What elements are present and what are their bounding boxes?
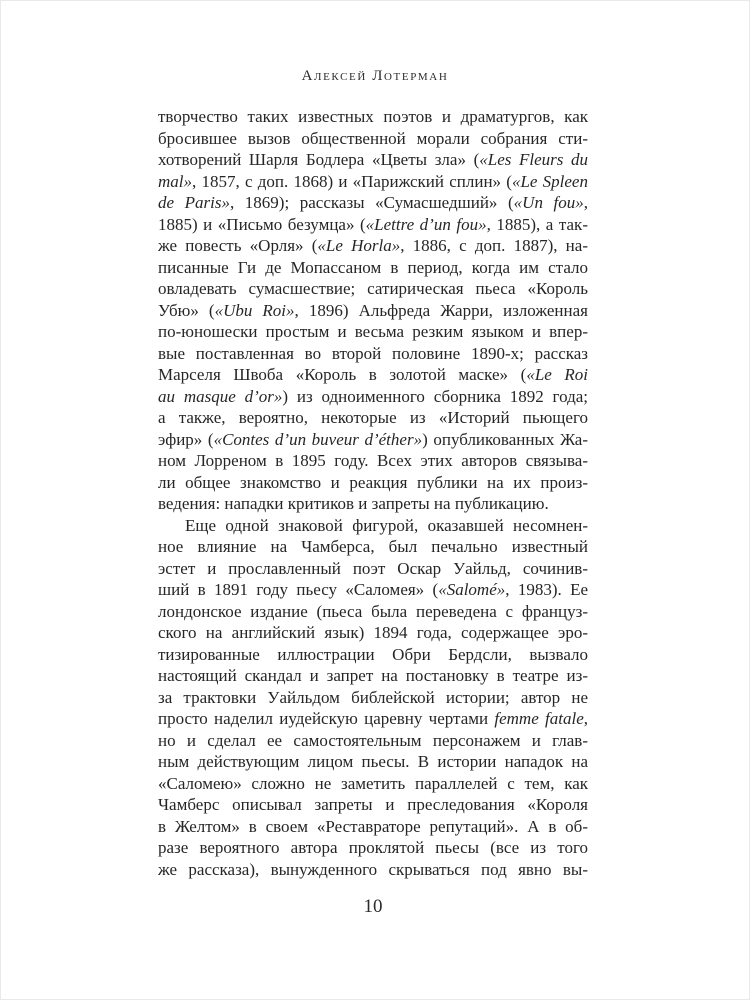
text-segment: , 1886, с доп. 1887), на- bbox=[400, 236, 588, 255]
text-line: «Саломею» сложно не заметить параллелей … bbox=[158, 773, 588, 795]
paragraph: творчество таких известных поэтов и драм… bbox=[158, 106, 588, 515]
italic-text-segment: «Contes d’un buveur d’éther» bbox=[214, 430, 423, 449]
text-line: в Желтом» в своем «Реставраторе репутаци… bbox=[158, 816, 588, 838]
text-segment: Чамберс описывал запреты и преследования… bbox=[158, 795, 588, 814]
text-line: хотворений Шарля Бодлера «Цветы зла» («L… bbox=[158, 149, 588, 171]
text-segment: просто наделил иудейскую царевну чертами bbox=[158, 709, 494, 728]
italic-text-segment: «Les Fleurs du bbox=[479, 150, 588, 169]
text-segment: , 1885), а так- bbox=[487, 215, 588, 234]
text-segment: ведения: нападки критиков и запреты на п… bbox=[158, 494, 549, 513]
text-segment: эстет и прославленный поэт Оскар Уайльд,… bbox=[158, 559, 588, 578]
text-segment: 1885) и «Письмо безумца» ( bbox=[158, 215, 366, 234]
text-segment: эфир» ( bbox=[158, 430, 214, 449]
italic-text-segment: au masque d’or» bbox=[158, 387, 282, 406]
italic-text-segment: «Salomé» bbox=[438, 580, 505, 599]
text-line: Еще одной знаковой фигурой, оказавшей не… bbox=[158, 515, 588, 537]
text-line: вые поставленная во второй половине 1890… bbox=[158, 343, 588, 365]
book-page: Алексей Лотерман творчество таких извест… bbox=[0, 0, 750, 1000]
text-line: ли общее знакомство и реакция публики на… bbox=[158, 472, 588, 494]
italic-text-segment: «Ubu Roi» bbox=[215, 301, 295, 320]
italic-text-segment: de Paris» bbox=[158, 193, 230, 212]
text-segment: ли общее знакомство и реакция публики на… bbox=[158, 473, 588, 492]
text-line: писанные Ги де Мопассаном в период, когд… bbox=[158, 257, 588, 279]
text-line: же повесть «Орля» («Le Horla», 1886, с д… bbox=[158, 235, 588, 257]
text-segment: же повесть «Орля» ( bbox=[158, 236, 317, 255]
italic-text-segment: «Le Roi bbox=[526, 365, 588, 384]
text-line: de Paris», 1869); рассказы «Сумасшедший»… bbox=[158, 192, 588, 214]
text-line: ший в 1891 году пьесу «Саломея» («Salomé… bbox=[158, 579, 588, 601]
text-segment: , bbox=[584, 709, 588, 728]
text-line: 1885) и «Письмо безумца» («Lettre d’un f… bbox=[158, 214, 588, 236]
text-segment: Марселя Швоба «Король в золотой маске» ( bbox=[158, 365, 526, 384]
text-line: овладевать сумасшествие; сатирическая пь… bbox=[158, 278, 588, 300]
italic-text-segment: femme fatale bbox=[494, 709, 583, 728]
italic-text-segment: «Un fou» bbox=[514, 193, 584, 212]
text-segment: , 1896) Альфреда Жарри, изложенная bbox=[295, 301, 588, 320]
text-segment: ) из одноименного сборника 1892 года; bbox=[282, 387, 588, 406]
text-segment: вые поставленная во второй половине 1890… bbox=[158, 344, 588, 363]
text-line: за трактовки Уайльдом библейской истории… bbox=[158, 687, 588, 709]
text-line: ведения: нападки критиков и запреты на п… bbox=[158, 493, 588, 515]
paragraph: Еще одной знаковой фигурой, оказавшей не… bbox=[158, 515, 588, 881]
text-segment: ное влияние на Чамберса, был печально из… bbox=[158, 537, 588, 556]
text-segment: но и сделал ее самостоятельным персонаже… bbox=[158, 731, 588, 750]
text-line: но и сделал ее самостоятельным персонаже… bbox=[158, 730, 588, 752]
text-line: Марселя Швоба «Король в золотой маске» (… bbox=[158, 364, 588, 386]
page-number: 10 bbox=[158, 896, 588, 918]
text-line: разе вероятного автора проклятой пьесы (… bbox=[158, 837, 588, 859]
text-line: Убю» («Ubu Roi», 1896) Альфреда Жарри, и… bbox=[158, 300, 588, 322]
text-line: просто наделил иудейскую царевну чертами… bbox=[158, 708, 588, 730]
text-line: mal», 1857, с доп. 1868) и «Парижский сп… bbox=[158, 171, 588, 193]
text-segment: , 1869); рассказы «Сумасшедший» ( bbox=[230, 193, 514, 212]
text-line: au masque d’or») из одноименного сборник… bbox=[158, 386, 588, 408]
running-header: Алексей Лотерман bbox=[0, 68, 750, 85]
text-line: ского на английский язык) 1894 года, сод… bbox=[158, 622, 588, 644]
text-segment: Еще одной знаковой фигурой, оказавшей не… bbox=[185, 516, 588, 535]
text-segment: настоящий скандал и запрет на постановку… bbox=[158, 666, 588, 685]
text-segment: , 1983). Ее bbox=[505, 580, 588, 599]
text-segment: , bbox=[584, 193, 588, 212]
text-segment: писанные Ги де Мопассаном в период, когд… bbox=[158, 258, 588, 277]
text-segment: ном Лорреном в 1895 году. Всех этих авто… bbox=[158, 451, 588, 470]
text-segment: ского на английский язык) 1894 года, сод… bbox=[158, 623, 588, 642]
italic-text-segment: mal» bbox=[158, 172, 192, 191]
italic-text-segment: «Le Horla» bbox=[317, 236, 400, 255]
italic-text-segment: «Le Spleen bbox=[512, 172, 588, 191]
text-line: лондонское издание (пьеса была переведен… bbox=[158, 601, 588, 623]
text-segment: овладевать сумасшествие; сатирическая пь… bbox=[158, 279, 588, 298]
text-segment: , 1857, с доп. 1868) и «Парижский сплин»… bbox=[192, 172, 512, 191]
text-segment: разе вероятного автора проклятой пьесы (… bbox=[158, 838, 588, 857]
text-line: тизированные иллюстрации Обри Бердсли, в… bbox=[158, 644, 588, 666]
text-segment: а также, вероятно, некоторые из «Историй… bbox=[158, 408, 588, 427]
text-line: ное влияние на Чамберса, был печально из… bbox=[158, 536, 588, 558]
italic-text-segment: «Lettre d’un fou» bbox=[366, 215, 487, 234]
text-segment: лондонское издание (пьеса была переведен… bbox=[158, 602, 588, 621]
text-line: ном Лорреном в 1895 году. Всех этих авто… bbox=[158, 450, 588, 472]
text-line: а также, вероятно, некоторые из «Историй… bbox=[158, 407, 588, 429]
text-line: по-юношески простым и весьма резким язык… bbox=[158, 321, 588, 343]
text-line: ным действующим лицом пьесы. В истории н… bbox=[158, 751, 588, 773]
text-block: творчество таких известных поэтов и драм… bbox=[158, 106, 588, 880]
text-line: же рассказа), вынужденного скрываться по… bbox=[158, 859, 588, 881]
text-segment: в Желтом» в своем «Реставраторе репутаци… bbox=[158, 817, 588, 836]
text-segment: «Саломею» сложно не заметить параллелей … bbox=[158, 774, 588, 793]
text-line: творчество таких известных поэтов и драм… bbox=[158, 106, 588, 128]
text-segment: по-юношески простым и весьма резким язык… bbox=[158, 322, 588, 341]
text-segment: творчество таких известных поэтов и драм… bbox=[158, 107, 588, 126]
text-line: бросившее вызов общественной морали собр… bbox=[158, 128, 588, 150]
text-segment: тизированные иллюстрации Обри Бердсли, в… bbox=[158, 645, 588, 664]
text-segment: хотворений Шарля Бодлера «Цветы зла» ( bbox=[158, 150, 479, 169]
text-segment: ший в 1891 году пьесу «Саломея» ( bbox=[158, 580, 438, 599]
text-line: Чамберс описывал запреты и преследования… bbox=[158, 794, 588, 816]
text-segment: бросившее вызов общественной морали собр… bbox=[158, 129, 588, 148]
text-segment: ным действующим лицом пьесы. В истории н… bbox=[158, 752, 588, 771]
text-segment: ) опубликованных Жа- bbox=[422, 430, 588, 449]
text-line: эфир» («Contes d’un buveur d’éther») опу… bbox=[158, 429, 588, 451]
text-line: эстет и прославленный поэт Оскар Уайльд,… bbox=[158, 558, 588, 580]
text-segment: Убю» ( bbox=[158, 301, 215, 320]
text-line: настоящий скандал и запрет на постановку… bbox=[158, 665, 588, 687]
text-segment: же рассказа), вынужденного скрываться по… bbox=[158, 860, 588, 879]
text-segment: за трактовки Уайльдом библейской истории… bbox=[158, 688, 588, 707]
